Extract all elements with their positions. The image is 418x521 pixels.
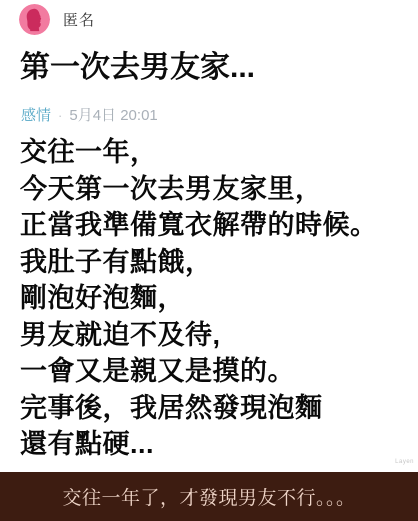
post-body-line: 正當我準備寬衣解帶的時候。 [20,207,410,244]
post-body-line: 完事後，我居然發現泡麵 [20,390,410,427]
post-body-line: 剛泡好泡麵， [20,280,410,317]
anonymous-avatar [19,4,50,35]
post-timestamp: 5月4日 20:01 [69,106,157,126]
caption-text: 交往一年了，才發現男友不行。。。 [62,483,355,510]
watermark-text: Layen [395,459,414,465]
post-meta: 感情 · 5月4日 20:01 [21,106,158,126]
category-tag[interactable]: 感情 [21,106,51,126]
post-body-line: 我肚子有點餓， [20,244,410,281]
caption-bar: 交往一年了，才發現男友不行。。。 [0,472,418,521]
post-body-line: 今天第一次去男友家里， [20,171,410,208]
post-header: 匿名 [19,4,95,35]
post-body-line: 還有點硬... [20,426,410,463]
female-silhouette-icon [19,4,50,35]
post-screenshot: 匿名 第一次去男友家... 感情 · 5月4日 20:01 交往一年，今天第一次… [0,0,418,521]
post-body-line: 一會又是親又是摸的。 [20,353,410,390]
post-body-line: 男友就迫不及待, [20,317,410,354]
post-body-line: 交往一年， [20,134,410,171]
meta-separator: · [58,106,62,126]
username-label: 匿名 [63,9,95,30]
post-title: 第一次去男友家... [20,48,255,88]
post-body: 交往一年，今天第一次去男友家里，正當我準備寬衣解帶的時候。我肚子有點餓，剛泡好泡… [20,134,410,463]
